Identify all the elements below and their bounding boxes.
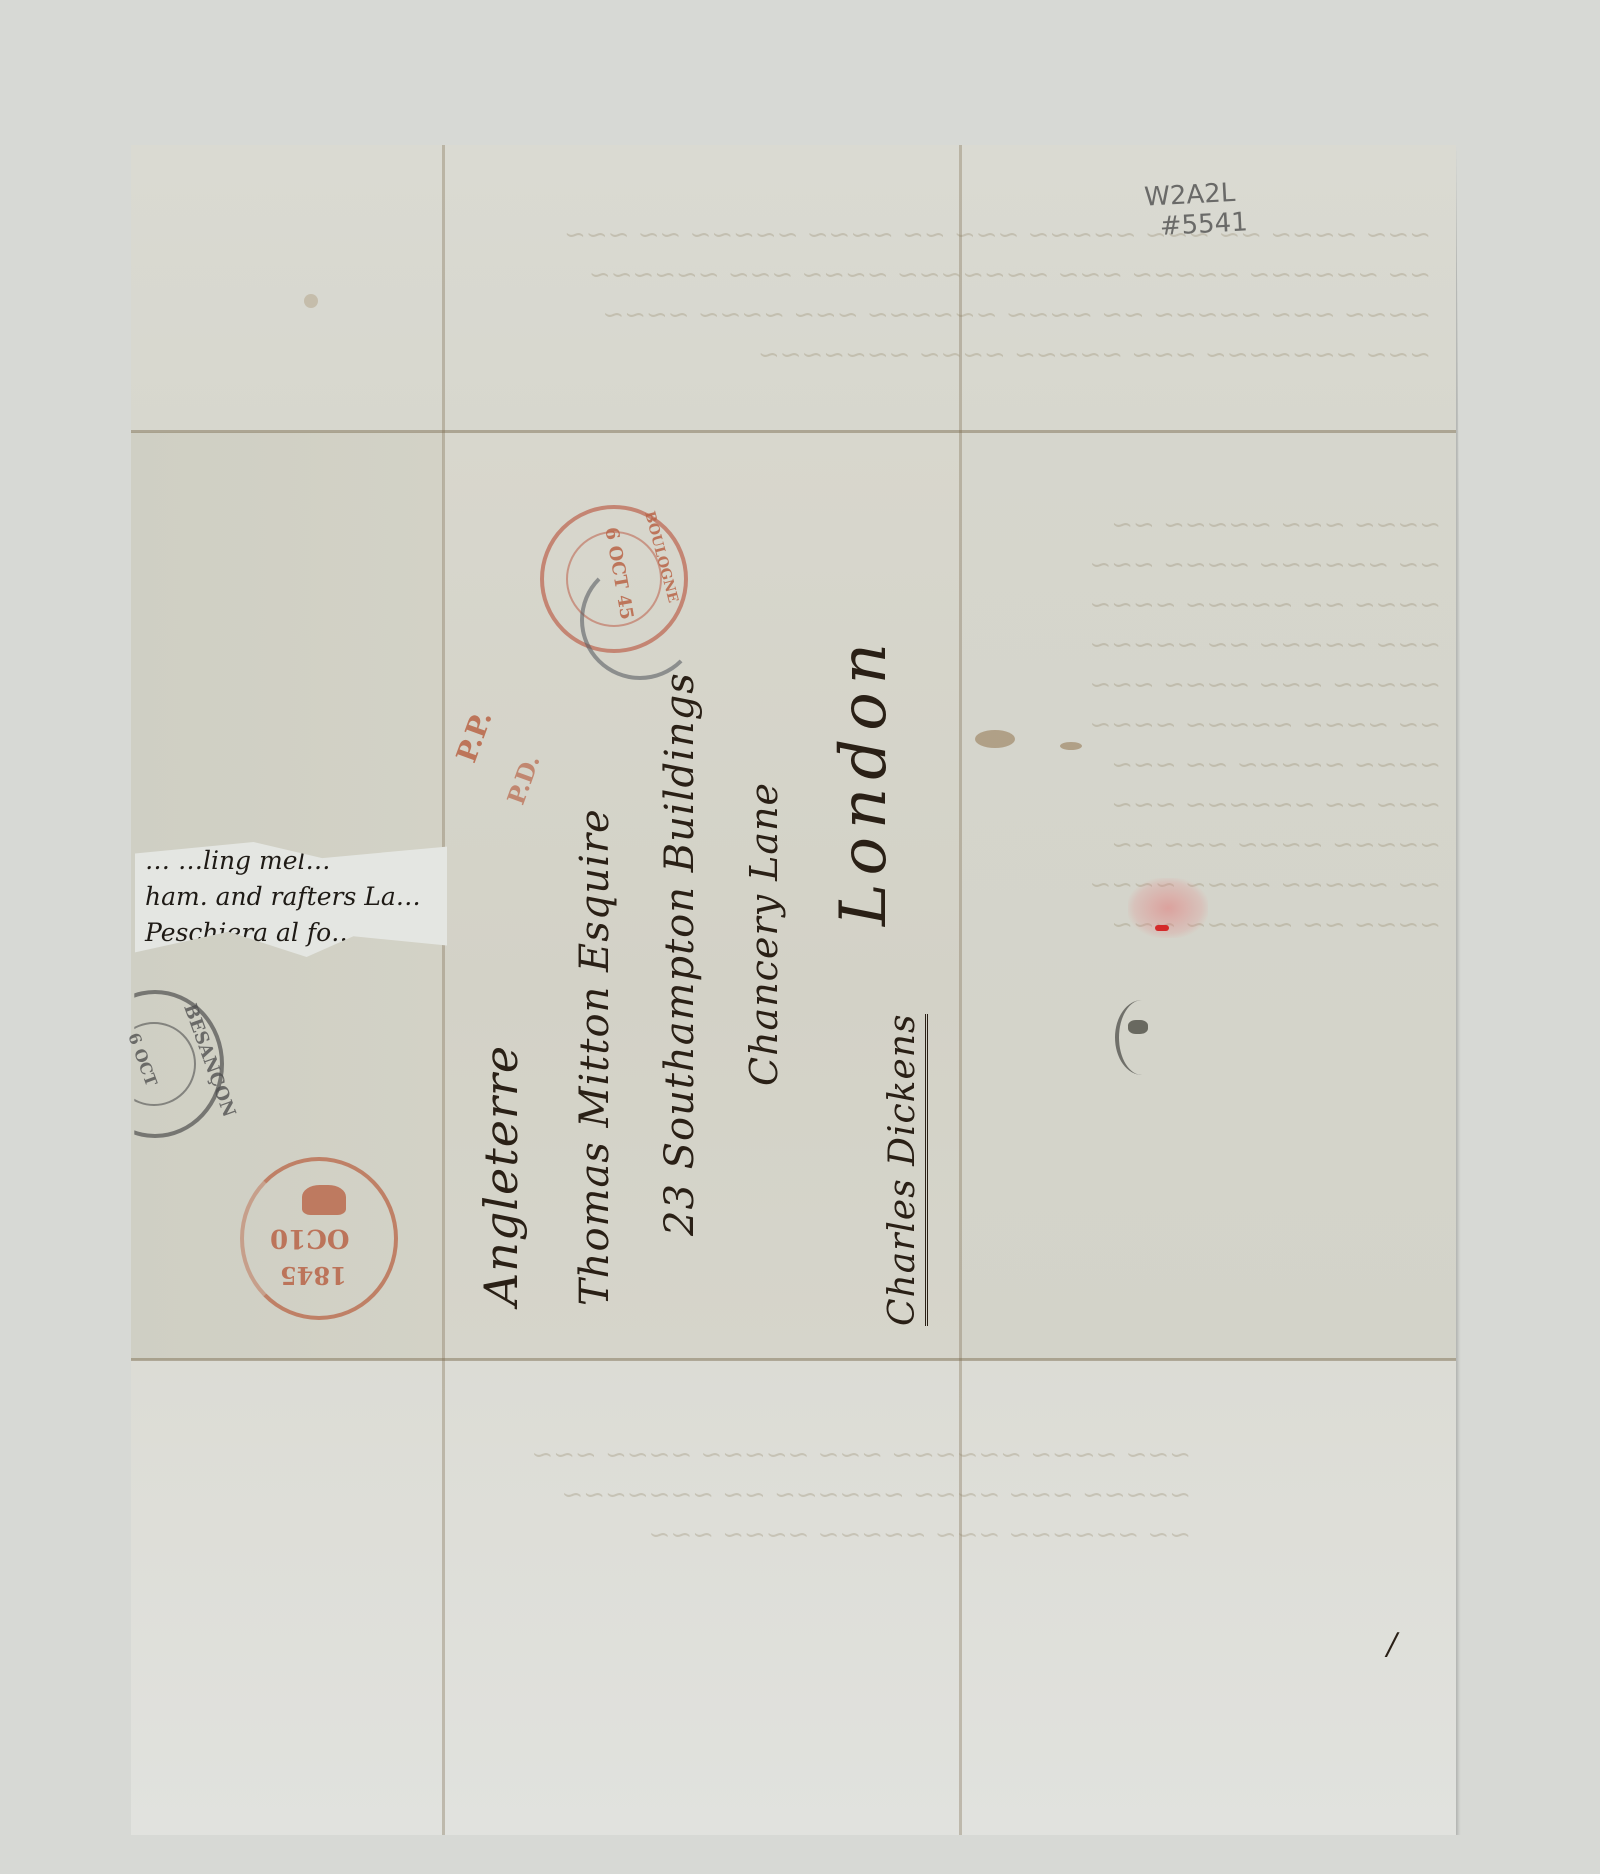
show-through-writing-bottom: ~~~ ~~~~ ~~~~~~ ~~~ ~~~~~ ~~~~ ~~~ ~~~~~… — [191, 1395, 1191, 1615]
signature: Charles Dickens — [882, 1014, 928, 1326]
ink-stain — [304, 294, 318, 308]
archive-note-line2: #5541 — [1145, 207, 1248, 242]
postmark-crown-year: 1845 — [280, 1261, 347, 1290]
postmark-red-crown: OC10 1845 — [240, 1157, 398, 1320]
fragment-line-2: ham. and rafters La… — [145, 882, 421, 911]
postmark-grey-circular — [580, 560, 700, 680]
torn-fragment: … …ling mel… ham. and rafters La… Peschi… — [135, 842, 447, 957]
postmark-small-black — [1115, 1000, 1169, 1075]
address-lane: Chancery Lane — [742, 782, 786, 1086]
show-through-writing-right: ~~~~ ~~~ ~~~~~ ~~ ~~ ~~~~~~ ~~~~ ~~~ ~~~… — [981, 465, 1441, 1325]
address-block: Angleterre Thomas Mitton Esquire 23 Sout… — [443, 432, 960, 1360]
address-city: London — [827, 635, 901, 926]
address-country: Angleterre — [474, 1045, 528, 1306]
crown-icon — [302, 1185, 346, 1215]
address-recipient: Thomas Mitton Esquire — [572, 808, 618, 1306]
wax-seal-fleck — [1155, 925, 1169, 931]
address-street: 23 Southampton Buildings — [657, 672, 703, 1236]
corner-pen-mark: / — [1387, 1627, 1397, 1662]
postmark-crown-date: OC10 — [270, 1223, 350, 1253]
postmark-small-black-mark — [1128, 1020, 1148, 1034]
ink-stain — [1060, 742, 1082, 750]
ink-stain — [975, 730, 1015, 748]
archive-pencil-note: W2A2L #5541 — [1143, 177, 1248, 242]
